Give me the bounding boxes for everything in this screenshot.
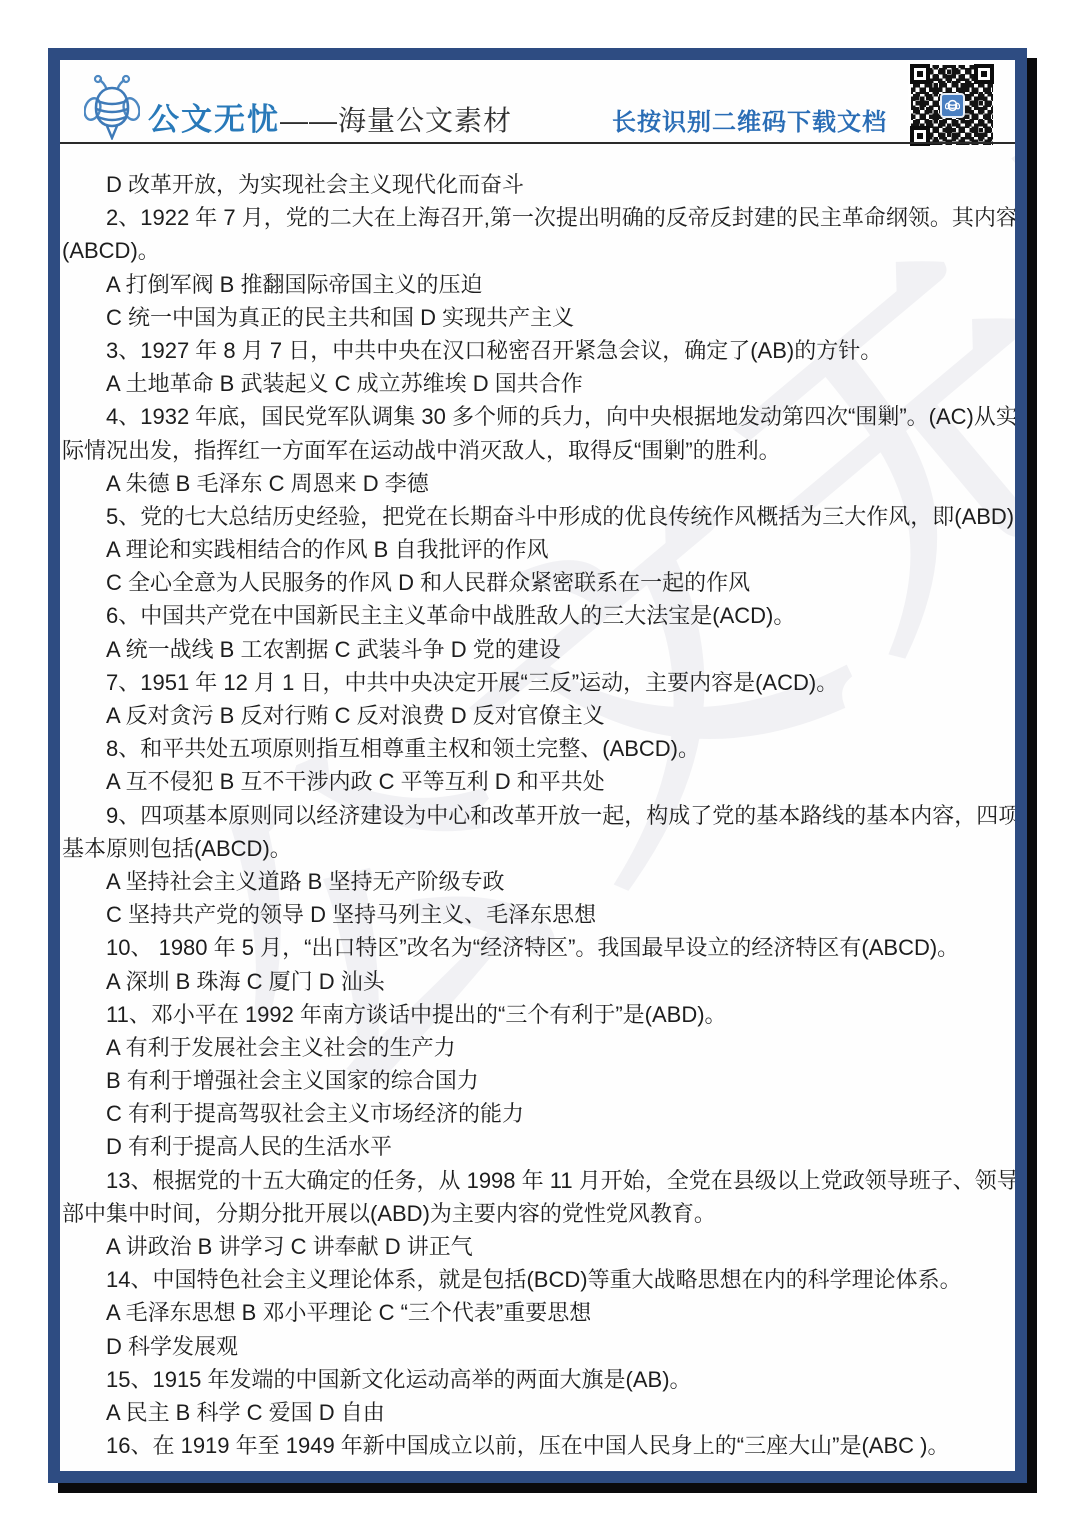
document-line: A 有利于发展社会主义社会的生产力 (62, 1031, 1013, 1064)
document-line: A 理论和实践相结合的作风 B 自我批评的作风 (62, 533, 1013, 566)
document-line: 基本原则包括(ABCD)。 (62, 832, 1013, 865)
document-line: 5、党的七大总结历史经验，把党在长期奋斗中形成的优良传统作风概括为三大作风，即(… (62, 500, 1013, 533)
document-line: 2、1922 年 7 月，党的二大在上海召开,第一次提出明确的反帝反封建的民主革… (62, 201, 1013, 234)
brand-tagline: ——海量公文素材 (280, 105, 512, 136)
document-body: D 改革开放，为实现社会主义现代化而奋斗2、1922 年 7 月，党的二大在上海… (62, 168, 1013, 1462)
document-line: A 讲政治 B 讲学习 C 讲奉献 D 讲正气 (62, 1230, 1013, 1263)
document-line: A 毛泽东思想 B 邓小平理论 C “三个代表”重要思想 (62, 1296, 1013, 1329)
document-line: 9、四项基本原则同以经济建设为中心和改革开放一起，构成了党的基本路线的基本内容，… (62, 799, 1013, 832)
document-line: D 科学发展观 (62, 1330, 1013, 1363)
document-line: 16、在 1919 年至 1949 年新中国成立以前，压在中国人民身上的“三座大… (62, 1429, 1013, 1462)
document-line: A 深圳 B 珠海 C 厦门 D 汕头 (62, 965, 1013, 998)
document-line: A 反对贪污 B 反对行贿 C 反对浪费 D 反对官僚主义 (62, 699, 1013, 732)
brand: 公文无忧——海量公文素材 (148, 94, 512, 139)
document-line: 3、1927 年 8 月 7 日，中共中央在汉口秘密召开紧急会议，确定了(AB)… (62, 334, 1013, 367)
qr-finder-icon (910, 64, 930, 84)
header-divider (60, 142, 1015, 144)
document-line: 部中集中时间，分期分批开展以(ABD)为主要内容的党性党风教育。 (62, 1197, 1013, 1230)
document-line: (ABCD)。 (62, 234, 1013, 267)
document-line: C 有利于提高驾驭社会主义市场经济的能力 (62, 1097, 1013, 1130)
qr-download-hint: 长按识别二维码下载文档 (612, 102, 887, 137)
document-line: 11、邓小平在 1992 年南方谈话中提出的“三个有利于”是(ABD)。 (62, 998, 1013, 1031)
document-line: A 互不侵犯 B 互不干涉内政 C 平等互利 D 和平共处 (62, 765, 1013, 798)
qr-code (908, 62, 996, 148)
document-line: A 土地革命 B 武装起义 C 成立苏维埃 D 国共合作 (62, 367, 1013, 400)
document-line: C 全心全意为人民服务的作风 D 和人民群众紧密联系在一起的作风 (62, 566, 1013, 599)
document-line: A 坚持社会主义道路 B 坚持无产阶级专政 (62, 865, 1013, 898)
document-line: 际情况出发，指挥红一方面军在运动战中消灭敌人，取得反“围剿”的胜利。 (62, 434, 1013, 467)
document-line: D 有利于提高人民的生活水平 (62, 1130, 1013, 1163)
document-line: 4、1932 年底，国民党军队调集 30 多个师的兵力，向中央根据地发动第四次“… (62, 400, 1013, 433)
qr-center-bee-icon (940, 93, 965, 118)
document-page: 公文无忧 公文无忧——海量公文素材 (48, 48, 1027, 1483)
document-line: 14、中国特色社会主义理论体系，就是包括(BCD)等重大战略思想在内的科学理论体… (62, 1263, 1013, 1296)
document-line: B 有利于增强社会主义国家的综合国力 (62, 1064, 1013, 1097)
brand-name: 公文无忧 (148, 102, 280, 137)
document-line: 10、 1980 年 5 月，“出口特区”改名为“经济特区”。我国最早设立的经济… (62, 931, 1013, 964)
document-line: A 朱德 B 毛泽东 C 周恩来 D 李德 (62, 467, 1013, 500)
qr-finder-icon (974, 64, 994, 84)
document-line: A 统一战线 B 工农割据 C 武装斗争 D 党的建设 (62, 633, 1013, 666)
document-line: C 统一中国为真正的民主共和国 D 实现共产主义 (62, 301, 1013, 334)
document-line: 7、1951 年 12 月 1 日，中共中央决定开展“三反”运动，主要内容是(A… (62, 666, 1013, 699)
document-line: 15、1915 年发端的中国新文化运动高举的两面大旗是(AB)。 (62, 1363, 1013, 1396)
document-line: A 民主 B 科学 C 爱国 D 自由 (62, 1396, 1013, 1429)
document-line: A 打倒军阀 B 推翻国际帝国主义的压迫 (62, 268, 1013, 301)
bee-logo-icon (84, 74, 140, 140)
document-line: 6、中国共产党在中国新民主主义革命中战胜敌人的三大法宝是(ACD)。 (62, 599, 1013, 632)
document-line: D 改革开放，为实现社会主义现代化而奋斗 (62, 168, 1013, 201)
page-header: 公文无忧——海量公文素材 长按识别二维码下载文档 (60, 60, 1015, 156)
document-line: 13、根据党的十五大确定的任务，从 1998 年 11 月开始，全党在县级以上党… (62, 1164, 1013, 1197)
document-line: 8、和平共处五项原则指互相尊重主权和领土完整、(ABCD)。 (62, 732, 1013, 765)
document-line: C 坚持共产党的领导 D 坚持马列主义、毛泽东思想 (62, 898, 1013, 931)
